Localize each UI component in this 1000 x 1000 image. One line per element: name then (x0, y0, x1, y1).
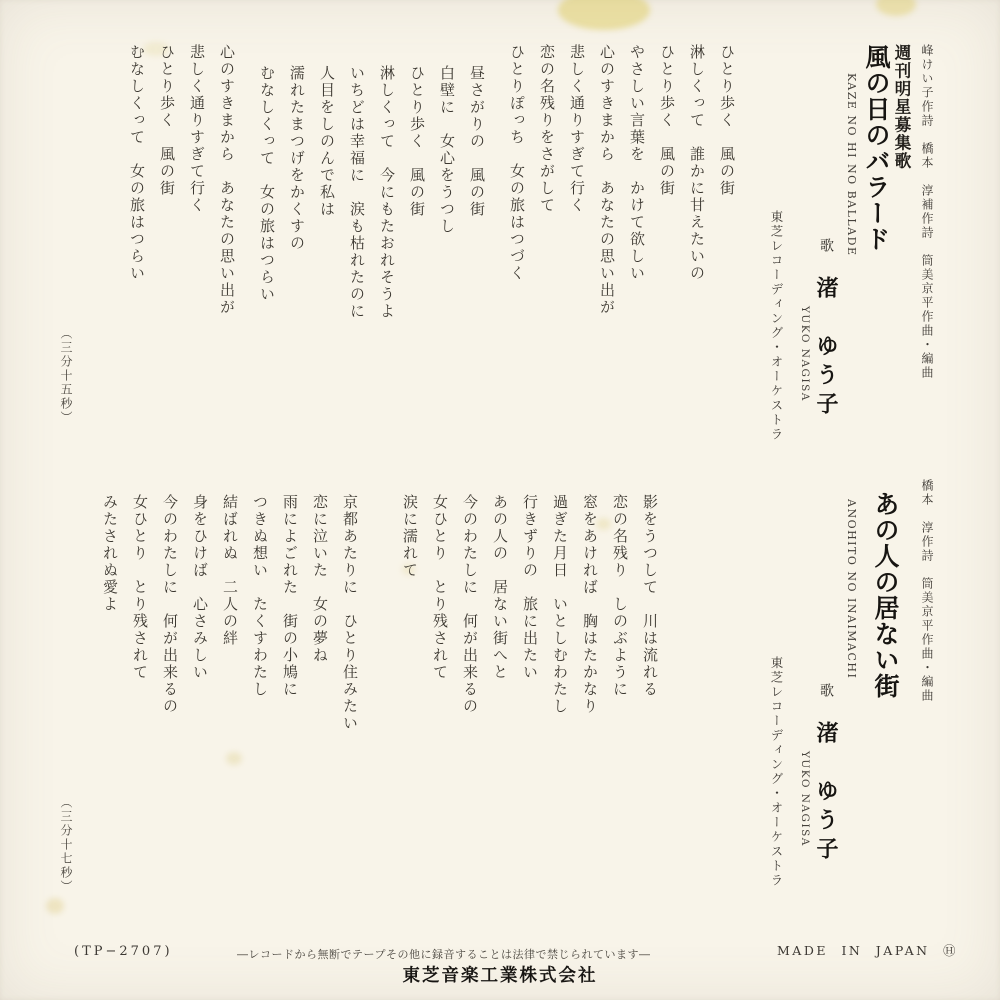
song2-lyrics: 影をうつして 川は流れる恋の名残り しのぶように窓をあければ 胸はたかなり過ぎた… (95, 494, 665, 824)
song1-title-romanized: KAZE NO HI NO BALLADE (845, 73, 858, 257)
copy-protection-notice: ―レコードから無断でテープその他に録音することは法律で禁じられています― (237, 946, 650, 962)
lyric-line: 今のわたしに 何が出来るの (155, 494, 185, 824)
lyric-stanza: ひとり歩く 風の街淋しくって 誰かに甘えたいのひとり歩く 風の街やさしい言葉を … (502, 44, 742, 374)
record-company-name: 東芝音楽工業株式会社 (403, 962, 598, 987)
lyric-line: つきぬ想い たくすわたし (245, 494, 275, 824)
lyric-line: みたされぬ愛よ (95, 494, 125, 824)
song1-singer-name: 渚 ゆう子 (811, 276, 842, 421)
lyric-stanza: 昼さがりの 風の街白壁に 女心をうつしひとり歩く 風の街淋しくって 今にもたおれ… (252, 44, 492, 374)
lyric-line: ひとり歩く 風の街 (652, 44, 682, 374)
lyric-line: 淋しくって 今にもたおれそうよ (372, 65, 402, 374)
song1-duration: （三分十五秒） (58, 327, 75, 425)
lyric-line: あの人の 居ない街へと (485, 494, 515, 824)
song2-orchestra-credit: 東芝レコーディング・オーケストラ (767, 656, 785, 888)
lyric-line: 結ばれぬ 二人の絆 (215, 494, 245, 824)
lyric-line: 女ひとり とり残されて (125, 494, 155, 824)
lyric-line: 涙に濡れて (395, 494, 425, 824)
lyric-line: ひとり歩く 風の街 (152, 44, 182, 374)
lyric-line: 恋の名残りをさがして (532, 44, 562, 374)
lyric-line: ひとり歩く 風の街 (402, 65, 432, 374)
lyric-line: 悲しく通りすぎて行く (562, 44, 592, 374)
paper-stain (558, 0, 650, 30)
song1-lyrics: ひとり歩く 風の街淋しくって 誰かに甘えたいのひとり歩く 風の街やさしい言葉を … (122, 44, 742, 374)
song1-orchestra-credit: 東芝レコーディング・オーケストラ (767, 210, 785, 442)
paper-stain (46, 898, 64, 914)
lyric-line: やさしい言葉を かけて欲しい (622, 44, 652, 374)
lyric-line: 行きずりの 旅に出たい (515, 494, 545, 824)
song2-title: あの人の居ない街 (867, 491, 903, 699)
lyric-line: 過ぎた月日 いとしむわたし (545, 494, 575, 824)
lyric-line: ひとりぽっち 女の旅はつづく (502, 44, 532, 374)
lyric-line: 雨によごれた 街の小鳩に (275, 494, 305, 824)
lyric-line: 京都あたりに ひとり住みたい (335, 494, 365, 824)
song2-singer-romanized: YUKO NAGISA (799, 751, 811, 847)
song1-vocal-label: 歌 (816, 238, 836, 252)
lyric-line: 窓をあければ 胸はたかなり (575, 494, 605, 824)
lyric-stanza: 心のすきまから あなたの思い出が悲しく通りすぎて行くひとり歩く 風の街むなしくっ… (122, 44, 242, 374)
lyric-line: 恋の名残り しのぶように (605, 494, 635, 824)
song1-credits: 峰けい子作詩 橋本 淳補作詩 筒美京平作曲・編曲 (919, 44, 936, 380)
lyric-line: むなしくって 女の旅はつらい (252, 65, 282, 374)
lyric-line: 悲しく通りすぎて行く (182, 44, 212, 374)
lyric-line: 恋に泣いた 女の夢ね (305, 494, 335, 824)
made-in-japan-mark: MADE IN JAPAN Ⓗ (777, 941, 958, 959)
song2-singer-name: 渚 ゆう子 (811, 721, 842, 866)
lyric-line: 人目をしのんで私は (312, 65, 342, 374)
lyric-stanza: 京都あたりに ひとり住みたい恋に泣いた 女の夢ね雨によごれた 街の小鳩につきぬ想… (95, 494, 365, 824)
lyric-line: 淋しくって 誰かに甘えたいの (682, 44, 712, 374)
lyric-line: むなしくって 女の旅はつらい (122, 44, 152, 374)
song2-credits: 橋本 淳作詩 筒美京平作曲・編曲 (919, 479, 936, 703)
paper-stain (876, 0, 916, 16)
song2-vocal-label: 歌 (816, 683, 836, 697)
lyric-stanza: 影をうつして 川は流れる恋の名残り しのぶように窓をあければ 胸はたかなり過ぎた… (395, 494, 665, 824)
lyric-line: 心のすきまから あなたの思い出が (212, 44, 242, 374)
lyric-line: 女ひとり とり残されて (425, 494, 455, 824)
lyric-line: 今のわたしに 何が出来るの (455, 494, 485, 824)
lyric-line: ひとり歩く 風の街 (712, 44, 742, 374)
song2-title-romanized: ANOHITO NO INAIMACHI (845, 499, 858, 679)
lyric-line: 濡れたまつげをかくすの (282, 65, 312, 374)
catalog-number: (TP−2707) (74, 944, 173, 959)
song1-title: 風の日のバラード (858, 44, 894, 252)
lyric-line: 身をひけば 心さみしい (185, 494, 215, 824)
lyric-line: 影をうつして 川は流れる (635, 494, 665, 824)
lyric-line: 昼さがりの 風の街 (462, 65, 492, 374)
lyric-line: 心のすきまから あなたの思い出が (592, 44, 622, 374)
song1-singer-romanized: YUKO NAGISA (799, 306, 811, 402)
lyric-line: 白壁に 女心をうつし (432, 65, 462, 374)
song2-duration: （三分十七秒） (58, 796, 75, 894)
lyric-line: いちどは幸福に 涙も枯れたのに (342, 65, 372, 374)
